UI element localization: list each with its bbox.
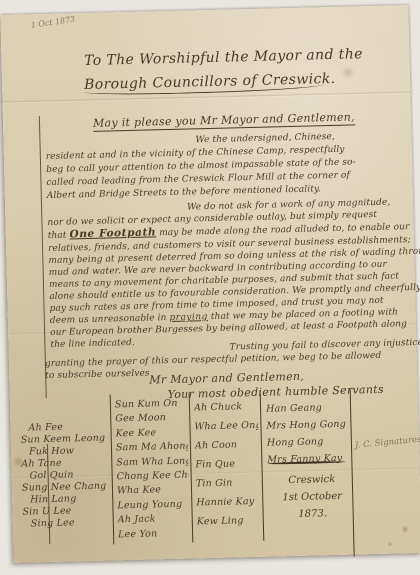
filing-date-annotation: 1 Oct 1873	[30, 15, 76, 30]
signature-name: Tin Gin	[196, 473, 260, 494]
heading-line-2: Borough Councillors of Creswick.	[84, 71, 324, 96]
paragraph-2-middle: relatives, friends, and customers to vis…	[48, 234, 410, 315]
scanned-document-photo: 1 Oct 1873 To The Worshipful the Mayor a…	[0, 0, 420, 575]
signature-name: Mrs Hong Gong	[266, 416, 348, 435]
place-date-line: 1st October	[274, 488, 350, 507]
praying-emphasis: praying	[169, 312, 208, 323]
paragraph-1: We the undersigned, Chinese,resident at …	[45, 129, 406, 203]
signature-name: Fin Que	[195, 454, 259, 475]
signature-name: Kew Ling	[197, 511, 261, 532]
signature-column-3: Ah ChuckWha Lee OngAh CoonFin QueTin Gin…	[194, 397, 261, 532]
signature-column-2: Sun Kum OnGee MoonKee KeeSam Ma AhongSam…	[115, 397, 190, 543]
signature-name: Leung Young	[117, 497, 189, 513]
petition-paper: 1 Oct 1873 To The Worshipful the Mayor a…	[0, 5, 420, 563]
signature-column-4: Han GeangMrs Hong GongHong GongMrs Fanny…	[266, 399, 350, 469]
signature-name: Hannie Kay	[196, 492, 260, 513]
text-segment: that	[48, 230, 70, 241]
closing-address: Mr Mayor and Gentlemen,	[149, 370, 304, 387]
signature-name: Ah Coon	[195, 435, 259, 456]
fold-crease	[2, 91, 410, 104]
signature-name: Wha Lee Ong	[194, 416, 258, 437]
signature-name: Sun Keem Leong	[19, 433, 109, 447]
signature-name: Hong Gong	[267, 433, 349, 452]
signature-name: Sun Kum On	[115, 397, 187, 413]
signature-name: Han Geang	[266, 399, 348, 418]
place-date-line: Creswick	[274, 471, 350, 490]
column-rule	[350, 389, 355, 557]
paragraph-2: We do not ask for a work of any magnitud…	[47, 196, 410, 351]
signature-name: Lee Yon	[118, 526, 190, 542]
one-footpath-emphasis: One Footpath	[69, 226, 156, 240]
salutation-line: May it please you Mr Mayor and Gentlemen…	[93, 110, 355, 131]
signature-name: Sung Nee Chang	[20, 481, 110, 495]
signature-name: Ah Chuck	[194, 397, 258, 418]
place-date-line: 1873.	[274, 505, 350, 524]
stain-spot	[401, 525, 409, 533]
signature-name: Mrs Fanny Kay	[267, 450, 349, 469]
signature-name: Sam Ma Ahong	[116, 440, 188, 456]
signature-name: Sing Lee	[21, 517, 111, 531]
stain-spot	[387, 542, 392, 547]
clerk-signature: J. C. Signatures	[355, 435, 420, 451]
place-date-block: Creswick1st October1873.	[274, 471, 351, 524]
signature-name: Chong Kee Chen	[117, 469, 189, 485]
signature-column-1: Ah FeeSun Keem LeongFuk HowAh TaneGol Qu…	[18, 421, 111, 531]
heading-line-1: To The Worshipful the Mayor and the	[63, 46, 383, 70]
stain-spot	[340, 66, 356, 78]
